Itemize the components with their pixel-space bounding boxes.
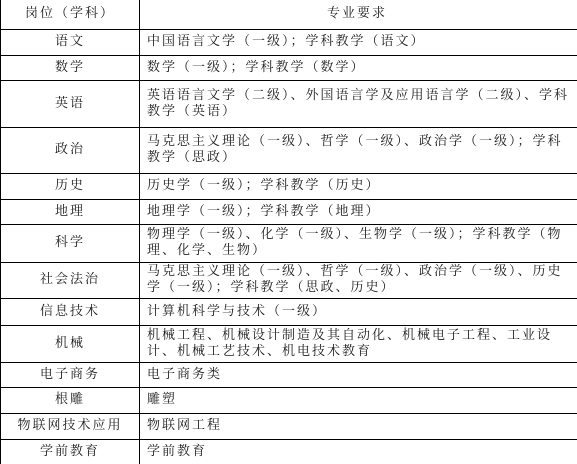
major-requirements-table: 岗位（学科） 专业要求 语文中国语言文学（一级）；学科教学（语文） 数学数学（一… [0, 0, 577, 464]
major-cell: 物理学（一级）、化学（一级）、生物学（一级）；学科教学（物理、化学、生物） [140, 224, 577, 262]
post-cell: 电子商务 [1, 362, 140, 387]
table-row: 信息技术计算机科学与技术（一级） [1, 298, 577, 325]
table-row: 物联网技术应用物联网工程 [1, 413, 577, 439]
post-cell: 地理 [1, 199, 140, 224]
table-row: 语文中国语言文学（一级）；学科教学（语文） [1, 29, 577, 55]
post-cell: 根雕 [1, 387, 140, 413]
table-row: 学前教育学前教育 [1, 439, 577, 464]
table-row: 电子商务电子商务类 [1, 362, 577, 387]
major-cell: 雕塑 [140, 387, 577, 413]
table-row: 根雕雕塑 [1, 387, 577, 413]
major-cell: 中国语言文学（一级）；学科教学（语文） [140, 29, 577, 55]
table-row: 数学数学（一级）；学科教学（数学） [1, 55, 577, 80]
table-row: 科学物理学（一级）、化学（一级）、生物学（一级）；学科教学（物理、化学、生物） [1, 224, 577, 262]
major-cell: 英语语言文学（二级）、外国语言学及应用语言学（二级）、学科教学（英语） [140, 80, 577, 127]
major-cell: 数学（一级）；学科教学（数学） [140, 55, 577, 80]
major-cell: 学前教育 [140, 439, 577, 464]
major-cell: 物联网工程 [140, 413, 577, 439]
major-cell: 机械工程、机械设计制造及其自动化、机械电子工程、工业设计、机械工艺技术、机电技术… [140, 325, 577, 362]
table-row: 地理地理学（一级）；学科教学（地理） [1, 199, 577, 224]
post-cell: 机械 [1, 325, 140, 362]
header-post: 岗位（学科） [1, 0, 140, 29]
table-header-row: 岗位（学科） 专业要求 [1, 0, 577, 29]
post-cell: 英语 [1, 80, 140, 127]
post-cell: 政治 [1, 127, 140, 173]
major-cell: 地理学（一级）；学科教学（地理） [140, 199, 577, 224]
major-cell: 历史学（一级）；学科教学（历史） [140, 173, 577, 199]
major-cell: 电子商务类 [140, 362, 577, 387]
post-cell: 社会法治 [1, 262, 140, 298]
major-cell: 马克思主义理论（一级）、哲学（一级）、政治学（一级）；学科教学（思政） [140, 127, 577, 173]
post-cell: 语文 [1, 29, 140, 55]
major-cell: 马克思主义理论（一级）、哲学（一级）、政治学（一级）、历史学（一级）；学科教学（… [140, 262, 577, 298]
table-row: 历史历史学（一级）；学科教学（历史） [1, 173, 577, 199]
post-cell: 历史 [1, 173, 140, 199]
table-row: 社会法治马克思主义理论（一级）、哲学（一级）、政治学（一级）、历史学（一级）；学… [1, 262, 577, 298]
major-cell: 计算机科学与技术（一级） [140, 298, 577, 325]
table-row: 政治马克思主义理论（一级）、哲学（一级）、政治学（一级）；学科教学（思政） [1, 127, 577, 173]
post-cell: 学前教育 [1, 439, 140, 464]
post-cell: 信息技术 [1, 298, 140, 325]
table-row: 英语英语语言文学（二级）、外国语言学及应用语言学（二级）、学科教学（英语） [1, 80, 577, 127]
post-cell: 数学 [1, 55, 140, 80]
post-cell: 物联网技术应用 [1, 413, 140, 439]
post-cell: 科学 [1, 224, 140, 262]
table-row: 机械机械工程、机械设计制造及其自动化、机械电子工程、工业设计、机械工艺技术、机电… [1, 325, 577, 362]
header-major: 专业要求 [140, 0, 577, 29]
